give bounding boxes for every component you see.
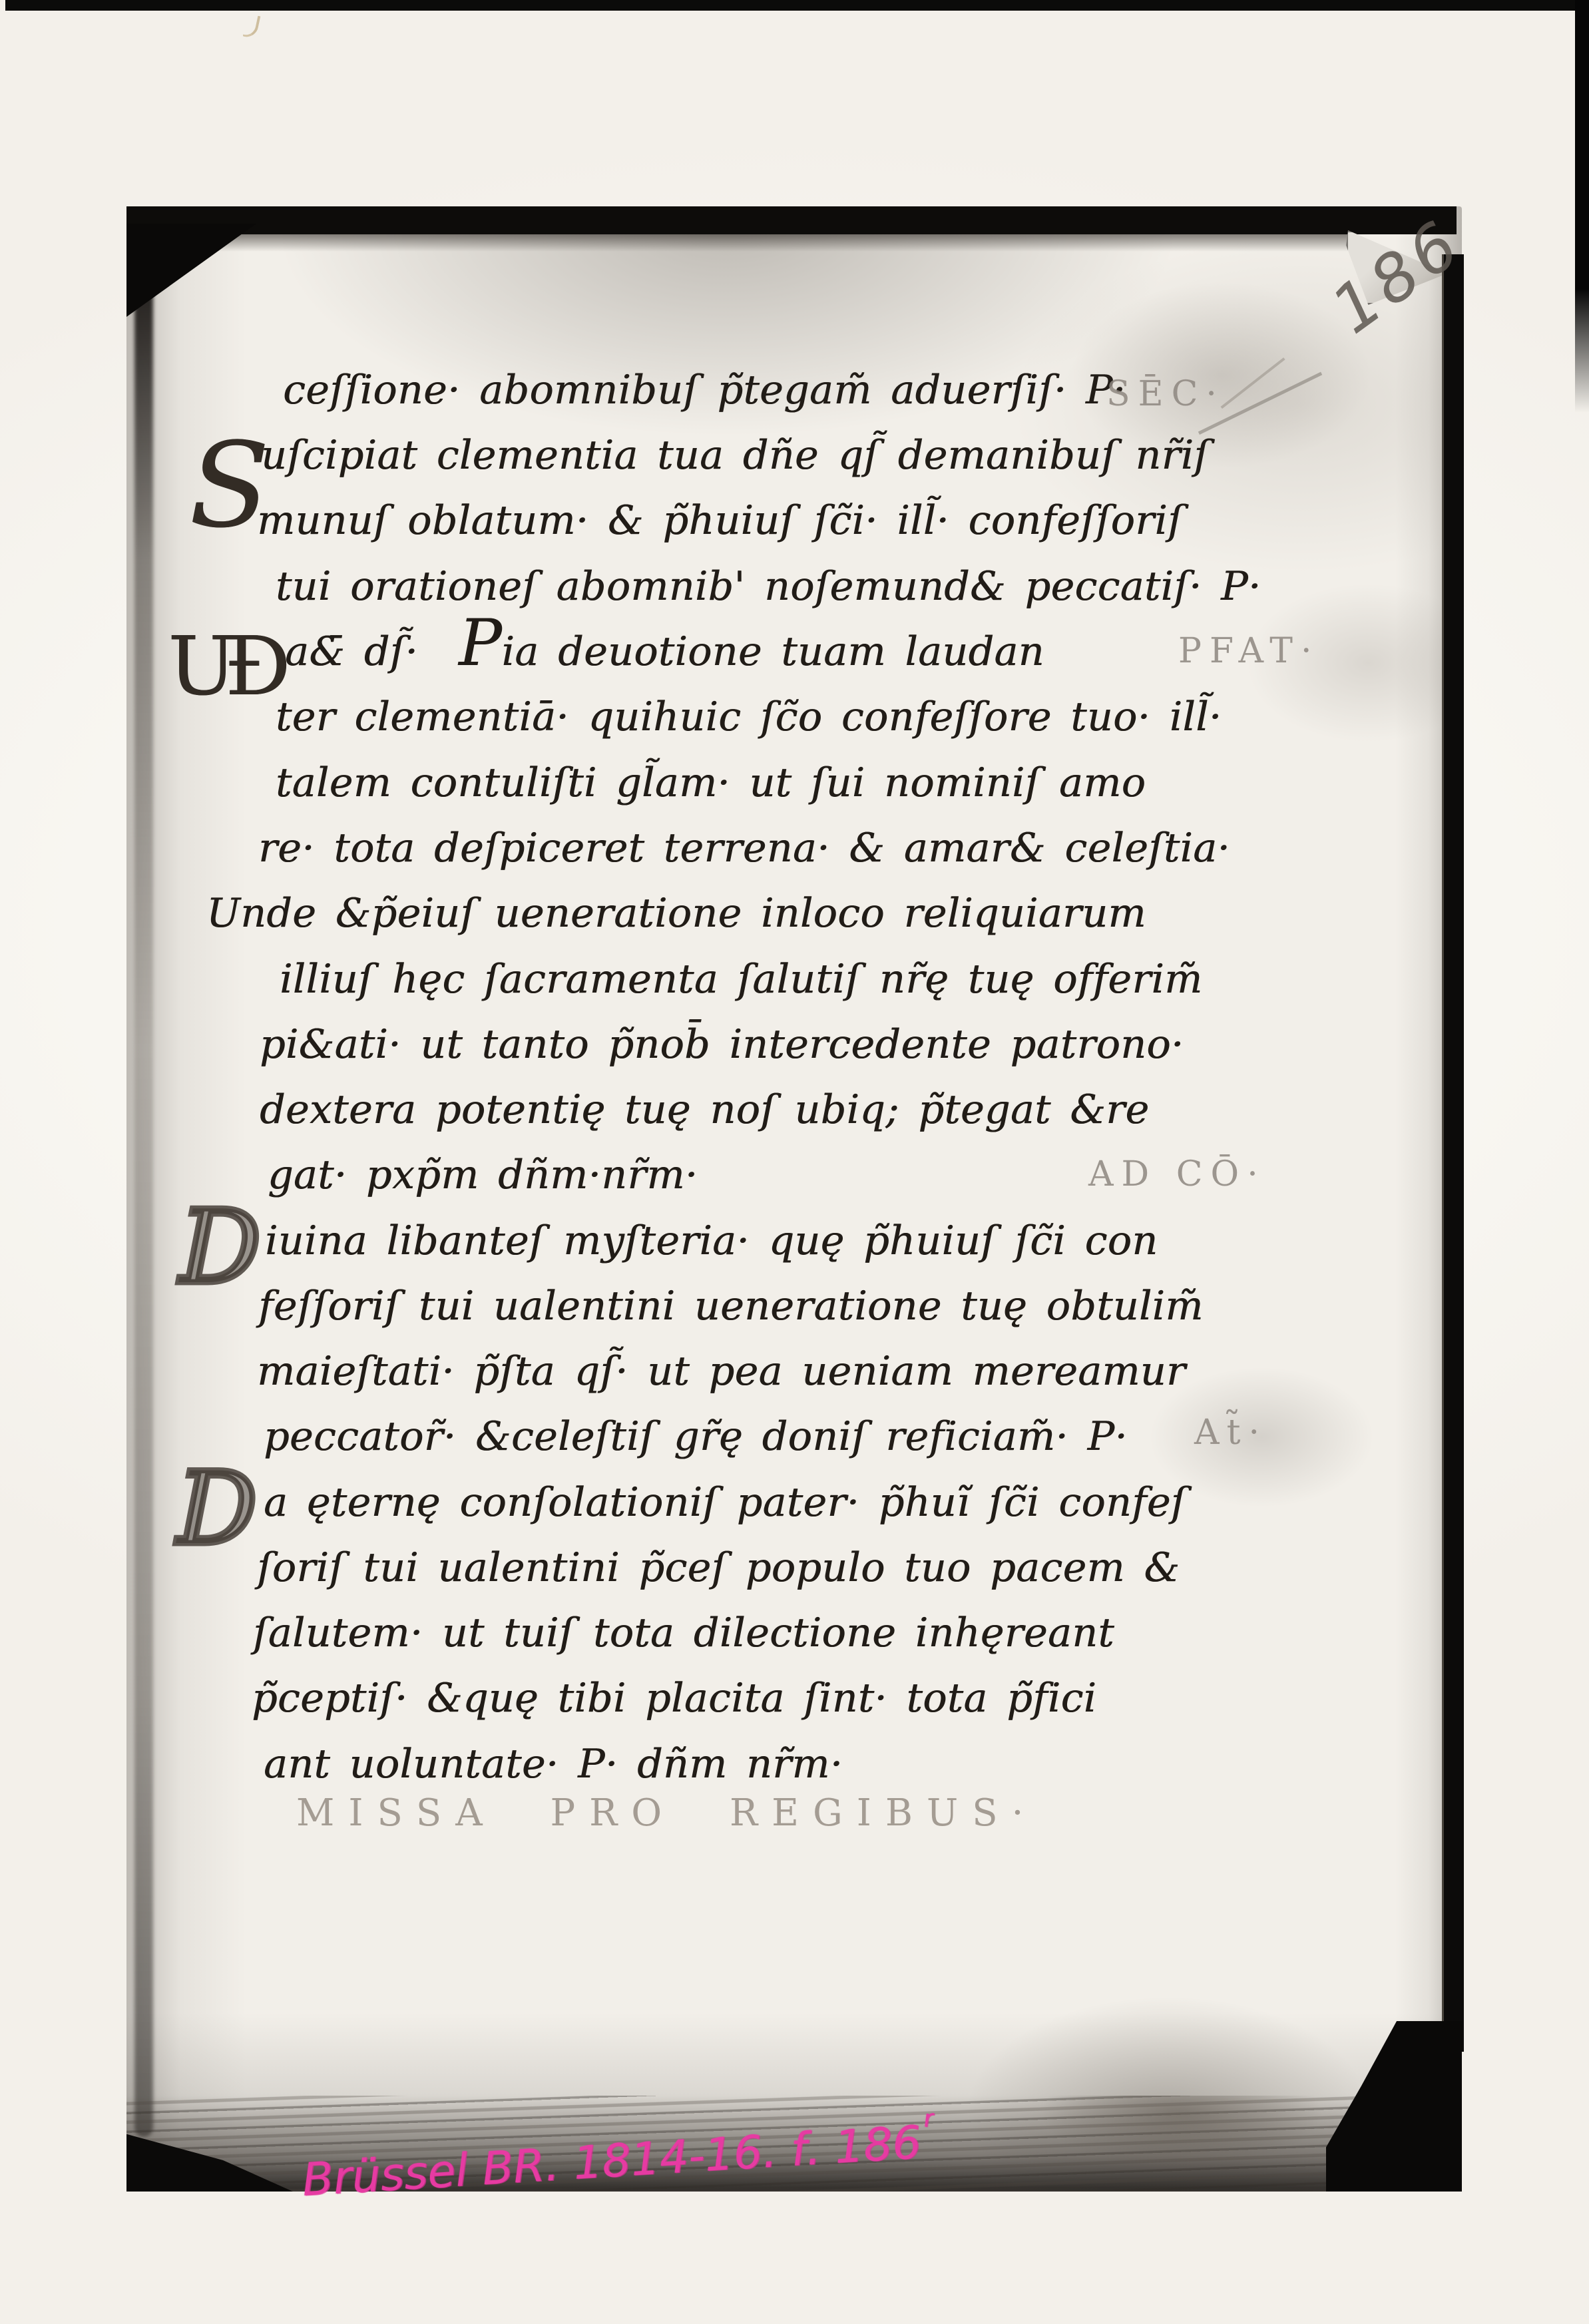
manuscript-line-text: gat· pxp̃m dñm·nr̃m· <box>268 1152 698 1198</box>
manuscript-line-text: pi&ati· ut tanto p̃nob̄ intercedente pat… <box>260 1021 1184 1068</box>
manuscript-line: a&̄ dſ̃· Pia deuotione tuam laudan <box>285 632 1044 672</box>
manuscript-line-text: munuſ oblatum· & p̃huiuſ ſc̃i· ill̃· con… <box>257 497 1183 544</box>
rubric-caption: SĒC· <box>1106 377 1225 411</box>
manuscript-line: feſſoriſ tui ualentini ueneratione tuę o… <box>258 1286 1204 1326</box>
manuscript-line: munuſ oblatum· & p̃huiuſ ſc̃i· ill̃· con… <box>257 501 1183 541</box>
manuscript-line-text: ſalutem· ut tuiſ tota dilectione inhęrea… <box>253 1610 1114 1656</box>
manuscript-line-text: dextera potentię tuę noſ ubiq; p̃tegat &… <box>260 1086 1149 1133</box>
manuscript-line-text: illiuſ hęc ſacramenta ſalutiſ nr̃ę tuę o… <box>280 956 1202 1003</box>
abbreviation-prefix: a&̄ dſ̃· <box>285 628 459 675</box>
manuscript-line-text: re· tota deſpiceret terrena· & amar& cel… <box>258 825 1230 871</box>
manuscript-line: tui orationeſ abomnib' noſemund& peccati… <box>276 567 1261 606</box>
pen-trial-stroke <box>1221 357 1285 409</box>
manuscript-line-text: ter clementiā· quihuic ſc̃o confeſſore t… <box>276 694 1222 740</box>
manuscript-line: p̃ceptiſ· &quę tibi placita ſint· tota p… <box>252 1678 1096 1718</box>
manuscript-line: ſalutem· ut tuiſ tota dilectione inhęrea… <box>253 1613 1114 1653</box>
rubric-caption: PFAT· <box>1178 634 1319 668</box>
mass-title-rubric: MISSA PRO REGIBUS· <box>296 1795 1037 1832</box>
manuscript-line: pi&ati· ut tanto p̃nob̄ intercedente pat… <box>260 1025 1184 1064</box>
manuscript-line-text: ſoriſ tui ualentini p̃ceſ populo tuo pac… <box>257 1544 1180 1591</box>
manuscript-line: ant uoluntate· P· dñm nr̃m· <box>264 1744 843 1784</box>
manuscript-line-text: a ęternę conſolationiſ pater· p̃huĩ ſc̃i… <box>264 1479 1186 1526</box>
manuscript-line: illiuſ hęc ſacramenta ſalutiſ nr̃ę tuę o… <box>280 959 1202 999</box>
enlarged-letter: P <box>459 606 502 680</box>
manuscript-line: a ęternę conſolationiſ pater· p̃huĩ ſc̃i… <box>264 1483 1186 1522</box>
manuscript-line-text: ia deuotione tuam laudan <box>502 628 1044 675</box>
manuscript-line: re· tota deſpiceret terrena· & amar& cel… <box>258 828 1230 868</box>
manuscript-line-text: maieſtati· p̃ſta qſ̃· ut pea ueniam mere… <box>257 1348 1186 1395</box>
manuscript-line-text: iuina libanteſ myſteria· quę p̃huiuſ ſc̃… <box>265 1218 1158 1264</box>
manuscript-line: maieſtati· p̃ſta qſ̃· ut pea ueniam mere… <box>257 1351 1186 1391</box>
illuminated-initial: D <box>177 1459 257 1559</box>
illuminated-initial: D <box>180 1197 261 1298</box>
manuscript-line-text: Unde &p̃eiuſ ueneratione inloco reliquia… <box>206 890 1146 937</box>
manuscript-line-text: ceſſione· abomnibuſ p̃tegam̃ aduerſiſ· P… <box>283 367 1126 413</box>
manuscript-line: iuina libanteſ myſteria· quę p̃huiuſ ſc̃… <box>265 1221 1158 1261</box>
rubric-caption: AD CŌ· <box>1088 1157 1266 1192</box>
manuscript-line: ceſſione· abomnibuſ p̃tegam̃ aduerſiſ· P… <box>283 370 1126 410</box>
manuscript-line: gat· pxp̃m dñm·nr̃m· <box>268 1155 698 1195</box>
manuscript-line-text: talem contuliſti gl̃am· ut ſui nominiſ a… <box>276 760 1146 806</box>
manuscript-line-text: p̃ceptiſ· &quę tibi placita ſint· tota p… <box>252 1675 1096 1722</box>
manuscript-line-text: feſſoriſ tui ualentini ueneratione tuę o… <box>258 1283 1204 1329</box>
scan-paper: 186 ceſſione· abomnibuſ p̃tegam̃ aduerſi… <box>0 0 1589 2324</box>
manuscript-line: talem contuliſti gl̃am· ut ſui nominiſ a… <box>276 763 1146 803</box>
manuscript-line: dextera potentię tuę noſ ubiq; p̃tegat &… <box>260 1090 1149 1130</box>
annotation-superscript: r <box>923 2105 934 2133</box>
manuscript-line: Unde &p̃eiuſ ueneratione inloco reliquia… <box>206 893 1146 933</box>
manuscript-line: uſcipiat clementia tua dñe qſ̃ demanibuſ… <box>261 435 1209 475</box>
rubric-caption: At̃· <box>1194 1415 1267 1450</box>
manuscript-line-text: ant uoluntate· P· dñm nr̃m· <box>264 1741 843 1787</box>
vere-dignum-monogram: UĐ <box>168 626 279 707</box>
manuscript-line-text: tui orationeſ abomnib' noſemund& peccati… <box>276 563 1261 610</box>
manuscript-text-block: ceſſione· abomnibuſ p̃tegam̃ aduerſiſ· P… <box>0 0 1589 2324</box>
manuscript-line-text: uſcipiat clementia tua dñe qſ̃ demanibuſ… <box>261 432 1209 479</box>
manuscript-line: ter clementiā· quihuic ſc̃o confeſſore t… <box>276 697 1222 737</box>
manuscript-line-text: peccator̃· &celeſtiſ gr̃ę doniſ reficiam… <box>264 1413 1128 1460</box>
manuscript-line: ſoriſ tui ualentini p̃ceſ populo tuo pac… <box>257 1548 1180 1588</box>
manuscript-line: peccator̃· &celeſtiſ gr̃ę doniſ reficiam… <box>264 1417 1128 1457</box>
